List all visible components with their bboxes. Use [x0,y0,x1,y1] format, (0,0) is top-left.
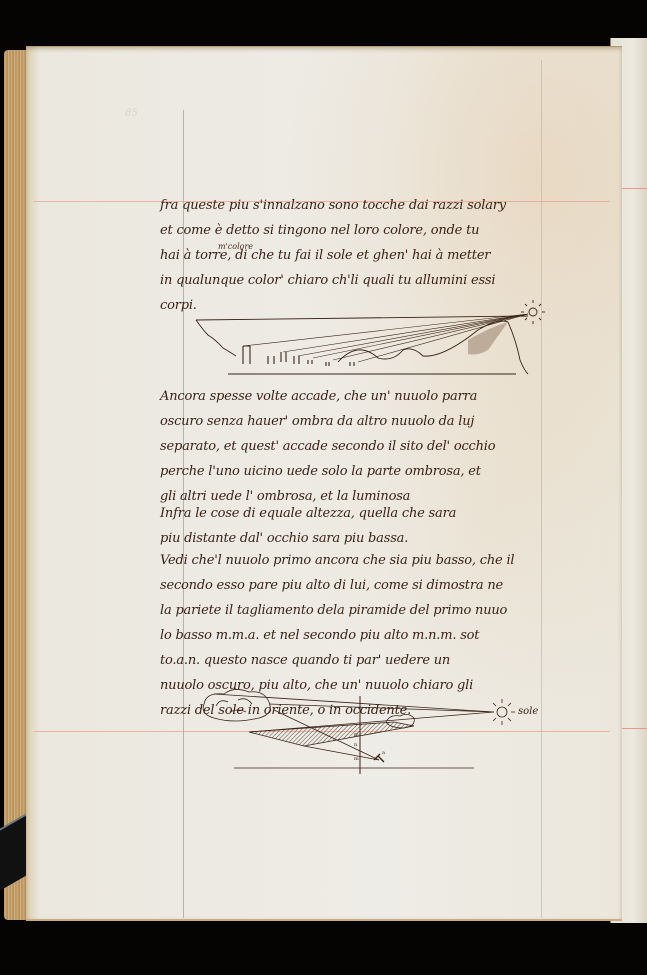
paragraph-3: Infra le cose di equale altezza, quella … [160,501,545,551]
label-m-lower: m [354,756,359,762]
ray [269,704,494,712]
sun-label: sole [518,706,538,717]
text-line: oscuro senza hauer' ombra da altro nuuol… [160,409,545,434]
text-line: to.a.n. questo nasce quando ti par' uede… [160,648,545,673]
text-line: lo basso m.m.a. et nel secondo piu alto … [160,623,545,648]
cloud-left [203,689,270,721]
figure-clouds-sun: sole m n m a [194,684,544,774]
text-line: perche l'uno uicino uede solo la parte o… [160,459,545,484]
label-a: a [382,750,385,756]
text-line: in qualunque color' chiaro ch'li quali t… [160,268,545,293]
text-line: secondo esso pare piu alto di lui, come … [160,573,545,598]
sight-line [304,746,379,760]
text-line: Infra le cose di equale altezza, quella … [160,501,545,526]
text-line: la pariete il tagliamento dela piramide … [160,598,545,623]
label-n: n [354,742,358,748]
left-hill [196,320,236,356]
ray-top [214,694,494,712]
sun-icon [489,699,515,725]
landscape-rays-drawing [188,300,548,380]
text-line: Ancora spesse volte accade, che un' nuuo… [160,384,545,409]
interlinear-insertion: m'colore [218,242,253,251]
text-line: Vedi che'l nuuolo primo ancora che sia p… [160,548,545,573]
clouds-sun-drawing: sole m n m a [194,684,544,774]
text-line: fra queste piu s'innalzano sono tocche d… [160,193,545,218]
folio-number: 85 [125,108,138,119]
text-line: separato, et quest' accade secondo il si… [160,434,545,459]
label-m-upper: m [354,732,359,738]
text-line: et come è detto si tingono nel loro colo… [160,218,545,243]
figure-landscape-rays [188,300,548,380]
sun-icon [521,300,545,324]
paragraph-2: Ancora spesse volte accade, che un' nuuo… [160,384,545,509]
